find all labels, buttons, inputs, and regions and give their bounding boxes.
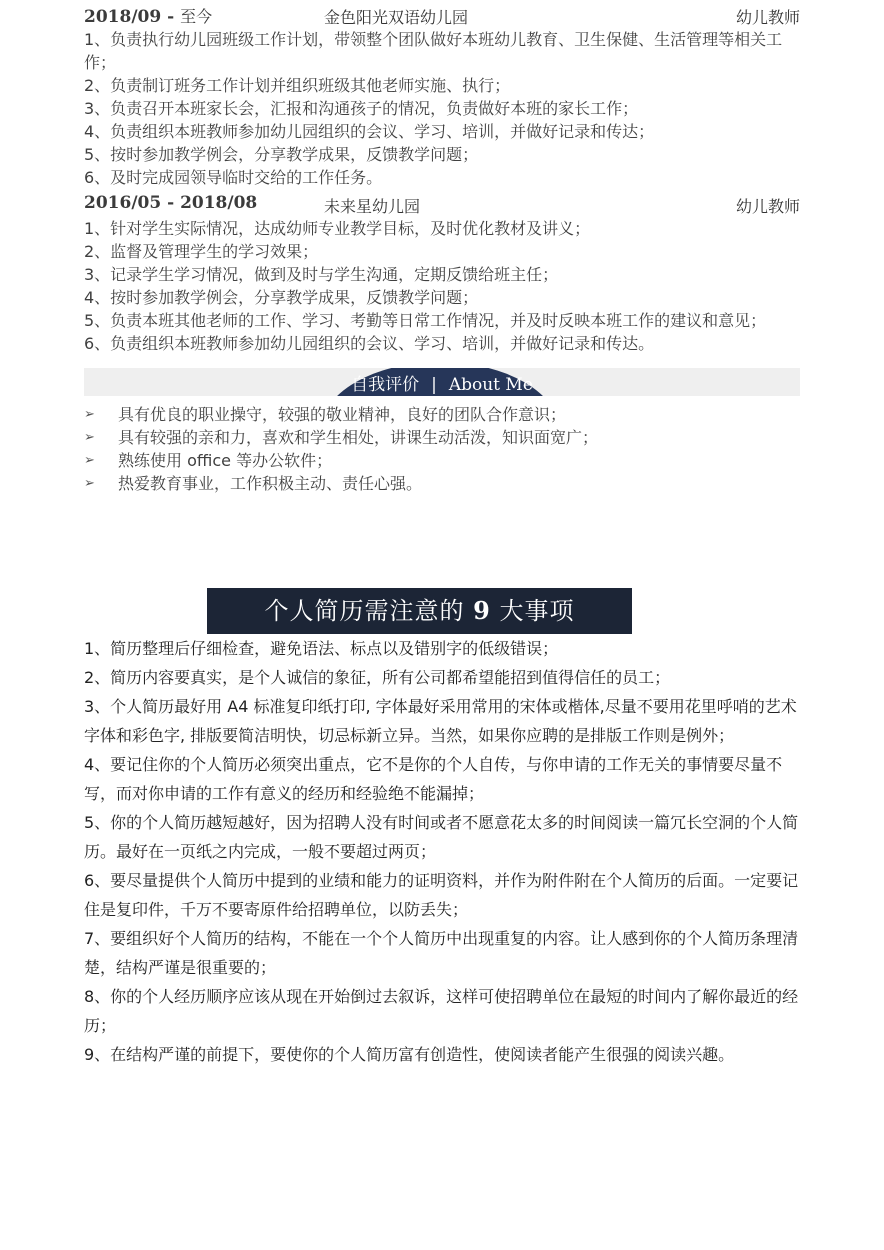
job-header: 2018/09 - 至今 金色阳光双语幼儿园 幼儿教师 (84, 0, 800, 28)
list-item: ➢具有较强的亲和力，喜欢和学生相处，讲课生动活泼，知识面宽广； (84, 426, 800, 449)
about-me-list: ➢具有优良的职业操守，较强的敬业精神，良好的团队合作意识； ➢具有较强的亲和力，… (84, 403, 800, 495)
section-title: 自我评价|About Me (84, 370, 800, 395)
duty-item: 2、监督及管理学生的学习效果； (84, 240, 800, 263)
job-role: 幼儿教师 (736, 194, 800, 217)
tip-item: 3、个人简历最好用 A4 标准复印纸打印, 字体最好采用常用的宋体或楷体,尽量不… (84, 692, 800, 750)
list-item: ➢具有优良的职业操守，较强的敬业精神，良好的团队合作意识； (84, 403, 800, 426)
arrow-bullet-icon: ➢ (84, 449, 95, 472)
tip-item: 4、要记住你的个人简历必须突出重点，它不是你的个人自传，与你申请的工作无关的事情… (84, 750, 800, 808)
duty-item: 6、负责组织本班教师参加幼儿园组织的会议、学习、培训，并做好记录和传达。 (84, 332, 800, 355)
job-header: 2016/05 - 2018/08 未来星幼儿园 幼儿教师 (84, 189, 800, 217)
duty-item: 1、针对学生实际情况，达成幼师专业教学目标，及时优化教材及讲义； (84, 217, 800, 240)
duty-item: 4、按时参加教学例会，分享教学成果，反馈教学问题； (84, 286, 800, 309)
arrow-bullet-icon: ➢ (84, 403, 95, 426)
job-organization: 未来星幼儿园 (324, 194, 420, 217)
duty-item: 5、负责本班其他老师的工作、学习、考勤等日常工作情况，并及时反映本班工作的建议和… (84, 309, 800, 332)
job-organization: 金色阳光双语幼儿园 (324, 5, 468, 28)
tip-item: 9、在结构严谨的前提下，要使你的个人简历富有创造性，使阅读者能产生很强的阅读兴趣… (84, 1040, 800, 1069)
tips-banner-title: 个人简历需注意的 9 大事项 (207, 588, 632, 634)
duty-item: 4、负责组织本班教师参加幼儿园组织的会议、学习、培训，并做好记录和传达； (84, 120, 800, 143)
duty-item: 2、负责制订班务工作计划并组织班级其他老师实施、执行； (84, 74, 800, 97)
duty-item: 1、负责执行幼儿园班级工作计划，带领整个团队做好本班幼儿教育、卫生保健、生活管理… (84, 28, 800, 74)
arrow-bullet-icon: ➢ (84, 426, 95, 449)
job-role: 幼儿教师 (736, 5, 800, 28)
tip-item: 8、你的个人经历顺序应该从现在开始倒过去叙诉，这样可使招聘单位在最短的时间内了解… (84, 982, 800, 1040)
job-date: 2016/05 - 2018/08 (84, 193, 257, 213)
job-date: 2018/09 - 至今 (84, 4, 212, 27)
duty-item: 3、负责召开本班家长会，汇报和沟通孩子的情况，负责做好本班的家长工作； (84, 97, 800, 120)
tips-list: 1、简历整理后仔细检查，避免语法、标点以及错别字的低级错误； 2、简历内容要真实… (84, 634, 800, 1069)
resume-page: 2018/09 - 至今 金色阳光双语幼儿园 幼儿教师 1、负责执行幼儿园班级工… (84, 0, 800, 495)
about-me-section-header: 自我评价|About Me (84, 368, 800, 396)
tip-item: 6、要尽量提供个人简历中提到的业绩和能力的证明资料，并作为附件附在个人简历的后面… (84, 866, 800, 924)
duty-item: 5、按时参加教学例会，分享教学成果，反馈教学问题； (84, 143, 800, 166)
tip-item: 1、简历整理后仔细检查，避免语法、标点以及错别字的低级错误； (84, 634, 800, 663)
arrow-bullet-icon: ➢ (84, 472, 95, 495)
list-item: ➢熟练使用 office 等办公软件； (84, 449, 800, 472)
tip-item: 2、简历内容要真实，是个人诚信的象征，所有公司都希望能招到值得信任的员工； (84, 663, 800, 692)
experience-entry-2: 2016/05 - 2018/08 未来星幼儿园 幼儿教师 1、针对学生实际情况… (84, 189, 800, 355)
tip-item: 5、你的个人简历越短越好，因为招聘人没有时间或者不愿意花太多的时间阅读一篇冗长空… (84, 808, 800, 866)
experience-entry-1: 2018/09 - 至今 金色阳光双语幼儿园 幼儿教师 1、负责执行幼儿园班级工… (84, 0, 800, 189)
list-item: ➢热爱教育事业，工作积极主动、责任心强。 (84, 472, 800, 495)
tip-item: 7、要组织好个人简历的结构，不能在一个个人简历中出现重复的内容。让人感到你的个人… (84, 924, 800, 982)
duty-item: 3、记录学生学习情况，做到及时与学生沟通，定期反馈给班主任； (84, 263, 800, 286)
duty-item: 6、及时完成园领导临时交给的工作任务。 (84, 166, 800, 189)
